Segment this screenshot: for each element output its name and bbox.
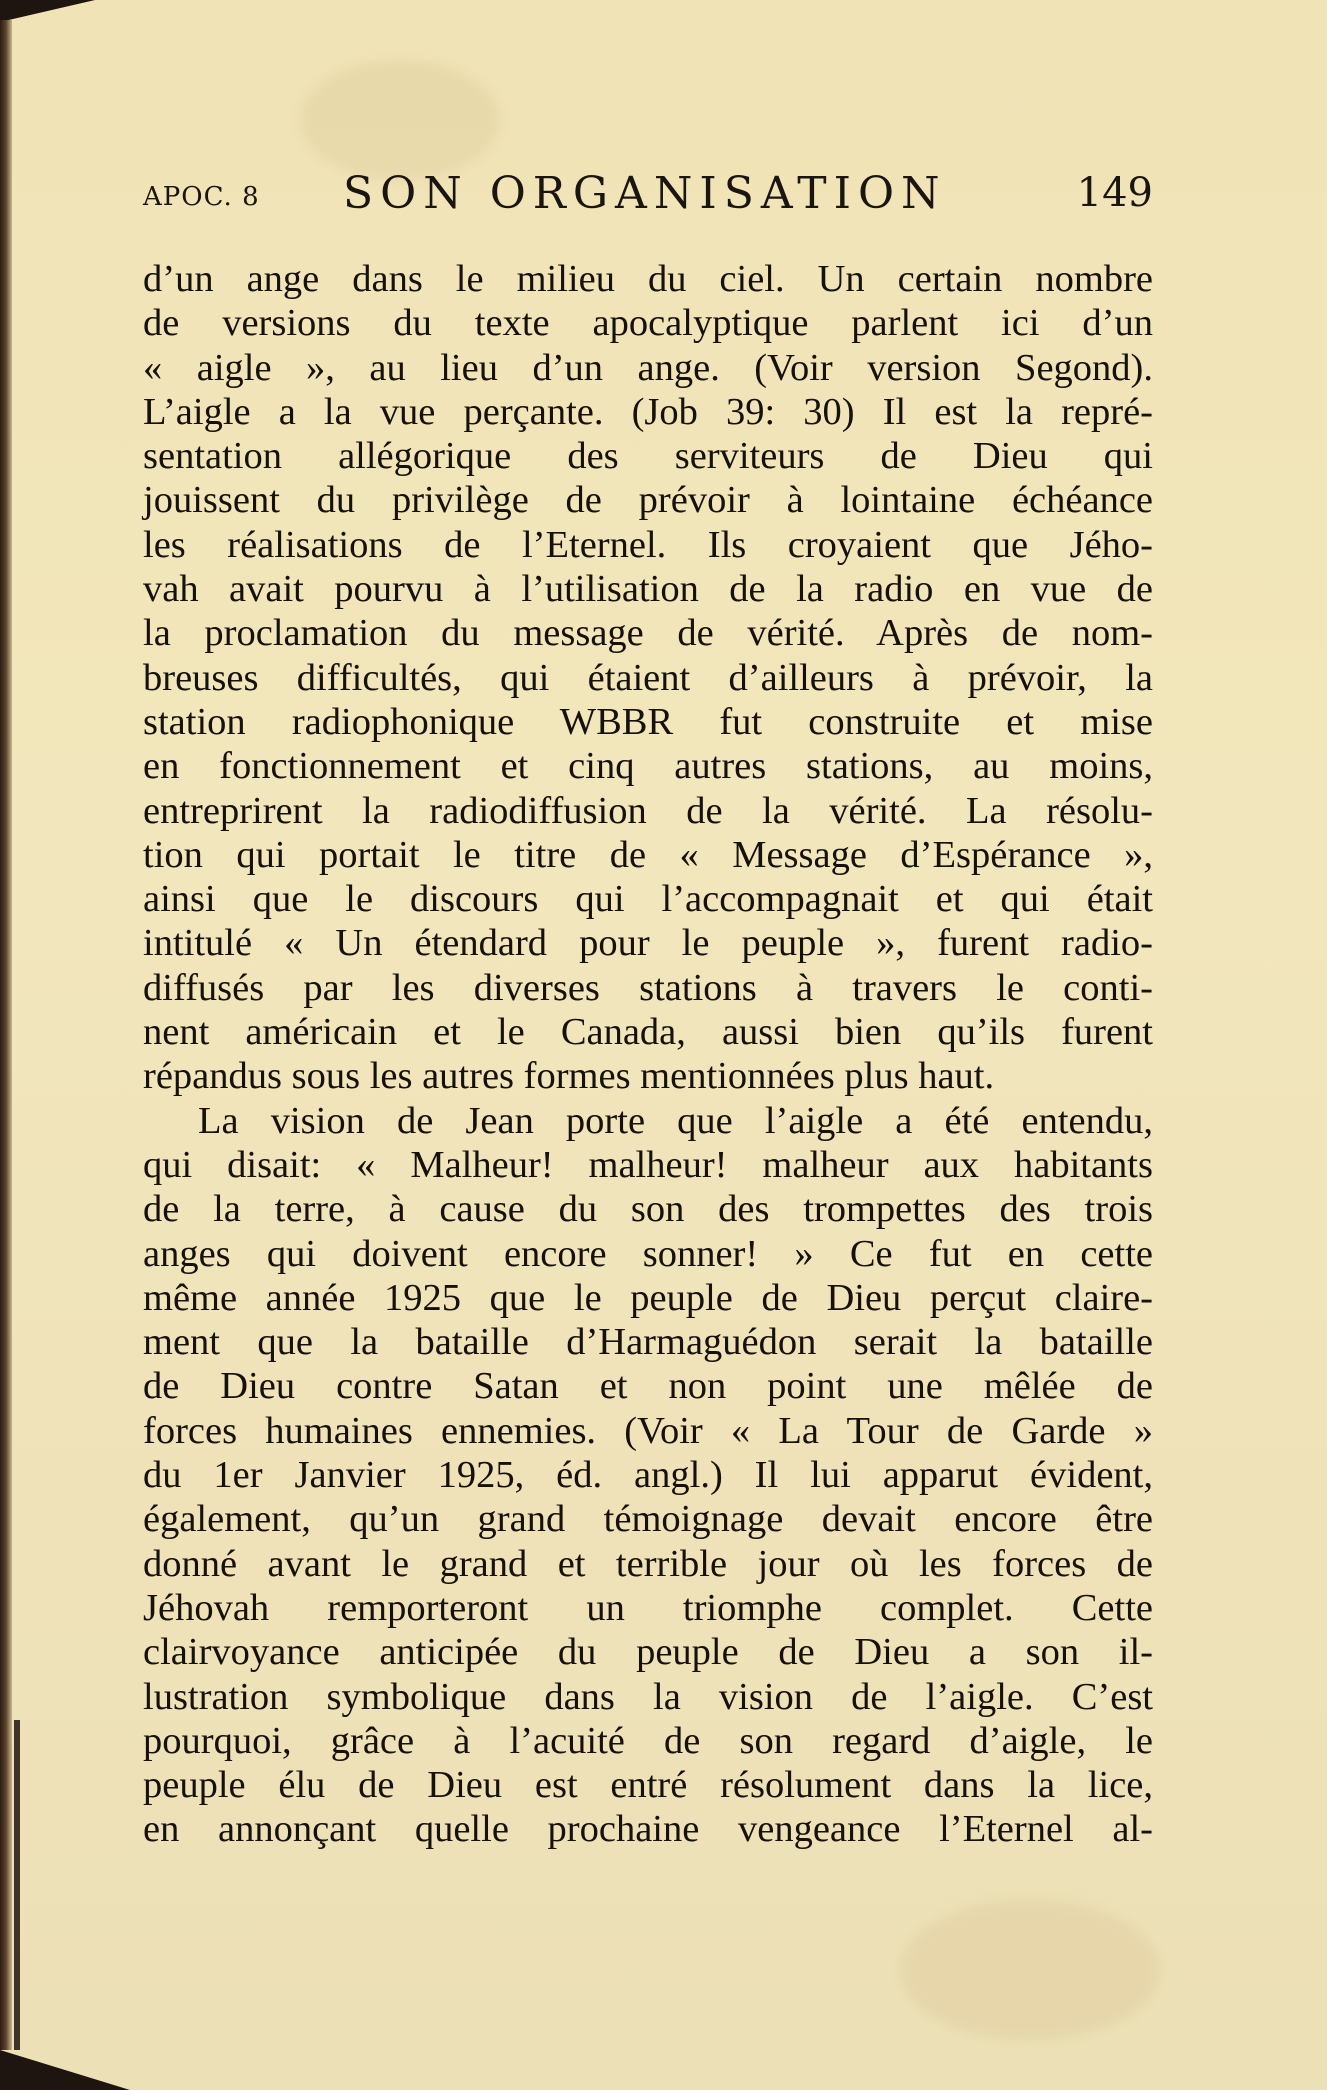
text-line: intitulé « Un étendard pour le peuple »,… [143, 921, 1153, 965]
running-title: SON ORGANISATION [343, 168, 947, 219]
text-line: anges qui doivent encore sonner! » Ce fu… [143, 1232, 1153, 1276]
paragraph-1: d’un ange dans le milieu du ciel. Un cer… [143, 257, 1153, 1099]
text-line: ment que la bataille d’Harmaguédon serai… [143, 1320, 1153, 1364]
text-line: pourquoi, grâce à l’acuité de son regard… [143, 1719, 1153, 1763]
text-line: répandus sous les autres formes mentionn… [143, 1054, 1153, 1098]
text-line: diffusés par les diverses stations à tra… [143, 966, 1153, 1010]
text-line: de versions du texte apocalyptique parle… [143, 301, 1153, 345]
text-line: La vision de Jean porte que l’aigle a ét… [143, 1099, 1153, 1143]
text-line: breuses difficultés, qui étaient d’aille… [143, 656, 1153, 700]
text-line: également, qu’un grand témoignage devait… [143, 1497, 1153, 1541]
text-line: station radiophonique WBBR fut construit… [143, 700, 1153, 744]
text-line: les réalisations de l’Eternel. Ils croya… [143, 523, 1153, 567]
page-number: 149 [1077, 170, 1153, 216]
text-line: sentation allégorique des serviteurs de … [143, 434, 1153, 478]
text-line: qui disait: « Malheur! malheur! malheur … [143, 1143, 1153, 1187]
text-line: forces humaines ennemies. (Voir « La Tou… [143, 1409, 1153, 1453]
text-line: « aigle », au lieu d’un ange. (Voir vers… [143, 346, 1153, 390]
text-line: la proclamation du message de vérité. Ap… [143, 611, 1153, 655]
page-corner-shadow-top [0, 0, 95, 22]
text-line: nent américain et le Canada, aussi bien … [143, 1010, 1153, 1054]
text-line: d’un ange dans le milieu du ciel. Un cer… [143, 257, 1153, 301]
running-head: APOC. 8 SON ORGANISATION 149 [143, 168, 1153, 228]
text-line: entreprirent la radiodiffusion de la vér… [143, 789, 1153, 833]
text-line: même année 1925 que le peuple de Dieu pe… [143, 1276, 1153, 1320]
paper-stain [900, 1900, 1160, 2040]
text-line: vah avait pourvu à l’utilisation de la r… [143, 567, 1153, 611]
text-line: donné avant le grand et terrible jour où… [143, 1542, 1153, 1586]
paper-stain [300, 60, 500, 180]
text-line: peuple élu de Dieu est entré résolument … [143, 1763, 1153, 1807]
text-line: en annonçant quelle prochaine vengeance … [143, 1807, 1153, 1851]
text-line: Jéhovah remporteront un triomphe complet… [143, 1586, 1153, 1630]
text-line: lustration symbolique dans la vision de … [143, 1675, 1153, 1719]
paragraph-2: La vision de Jean porte que l’aigle a ét… [143, 1099, 1153, 1852]
book-page: APOC. 8 SON ORGANISATION 149 d’un ange d… [0, 0, 1327, 2090]
body-text: d’un ange dans le milieu du ciel. Un cer… [143, 257, 1153, 1852]
text-line: jouissent du privilège de prévoir à loin… [143, 478, 1153, 522]
text-line: tion qui portait le titre de « Message d… [143, 833, 1153, 877]
text-line: du 1er Janvier 1925, éd. angl.) Il lui a… [143, 1453, 1153, 1497]
chapter-reference: APOC. 8 [143, 182, 260, 212]
book-spine-edge [0, 20, 12, 2050]
book-binding-shadow [14, 1720, 20, 2050]
page-corner-shadow-bottom [0, 2050, 130, 2090]
text-line: ainsi que le discours qui l’accompagnait… [143, 877, 1153, 921]
text-line: clairvoyance anticipée du peuple de Dieu… [143, 1630, 1153, 1674]
text-line: de Dieu contre Satan et non point une mê… [143, 1364, 1153, 1408]
text-line: en fonctionnement et cinq autres station… [143, 744, 1153, 788]
text-line: L’aigle a la vue perçante. (Job 39: 30) … [143, 390, 1153, 434]
text-line: de la terre, à cause du son des trompett… [143, 1187, 1153, 1231]
